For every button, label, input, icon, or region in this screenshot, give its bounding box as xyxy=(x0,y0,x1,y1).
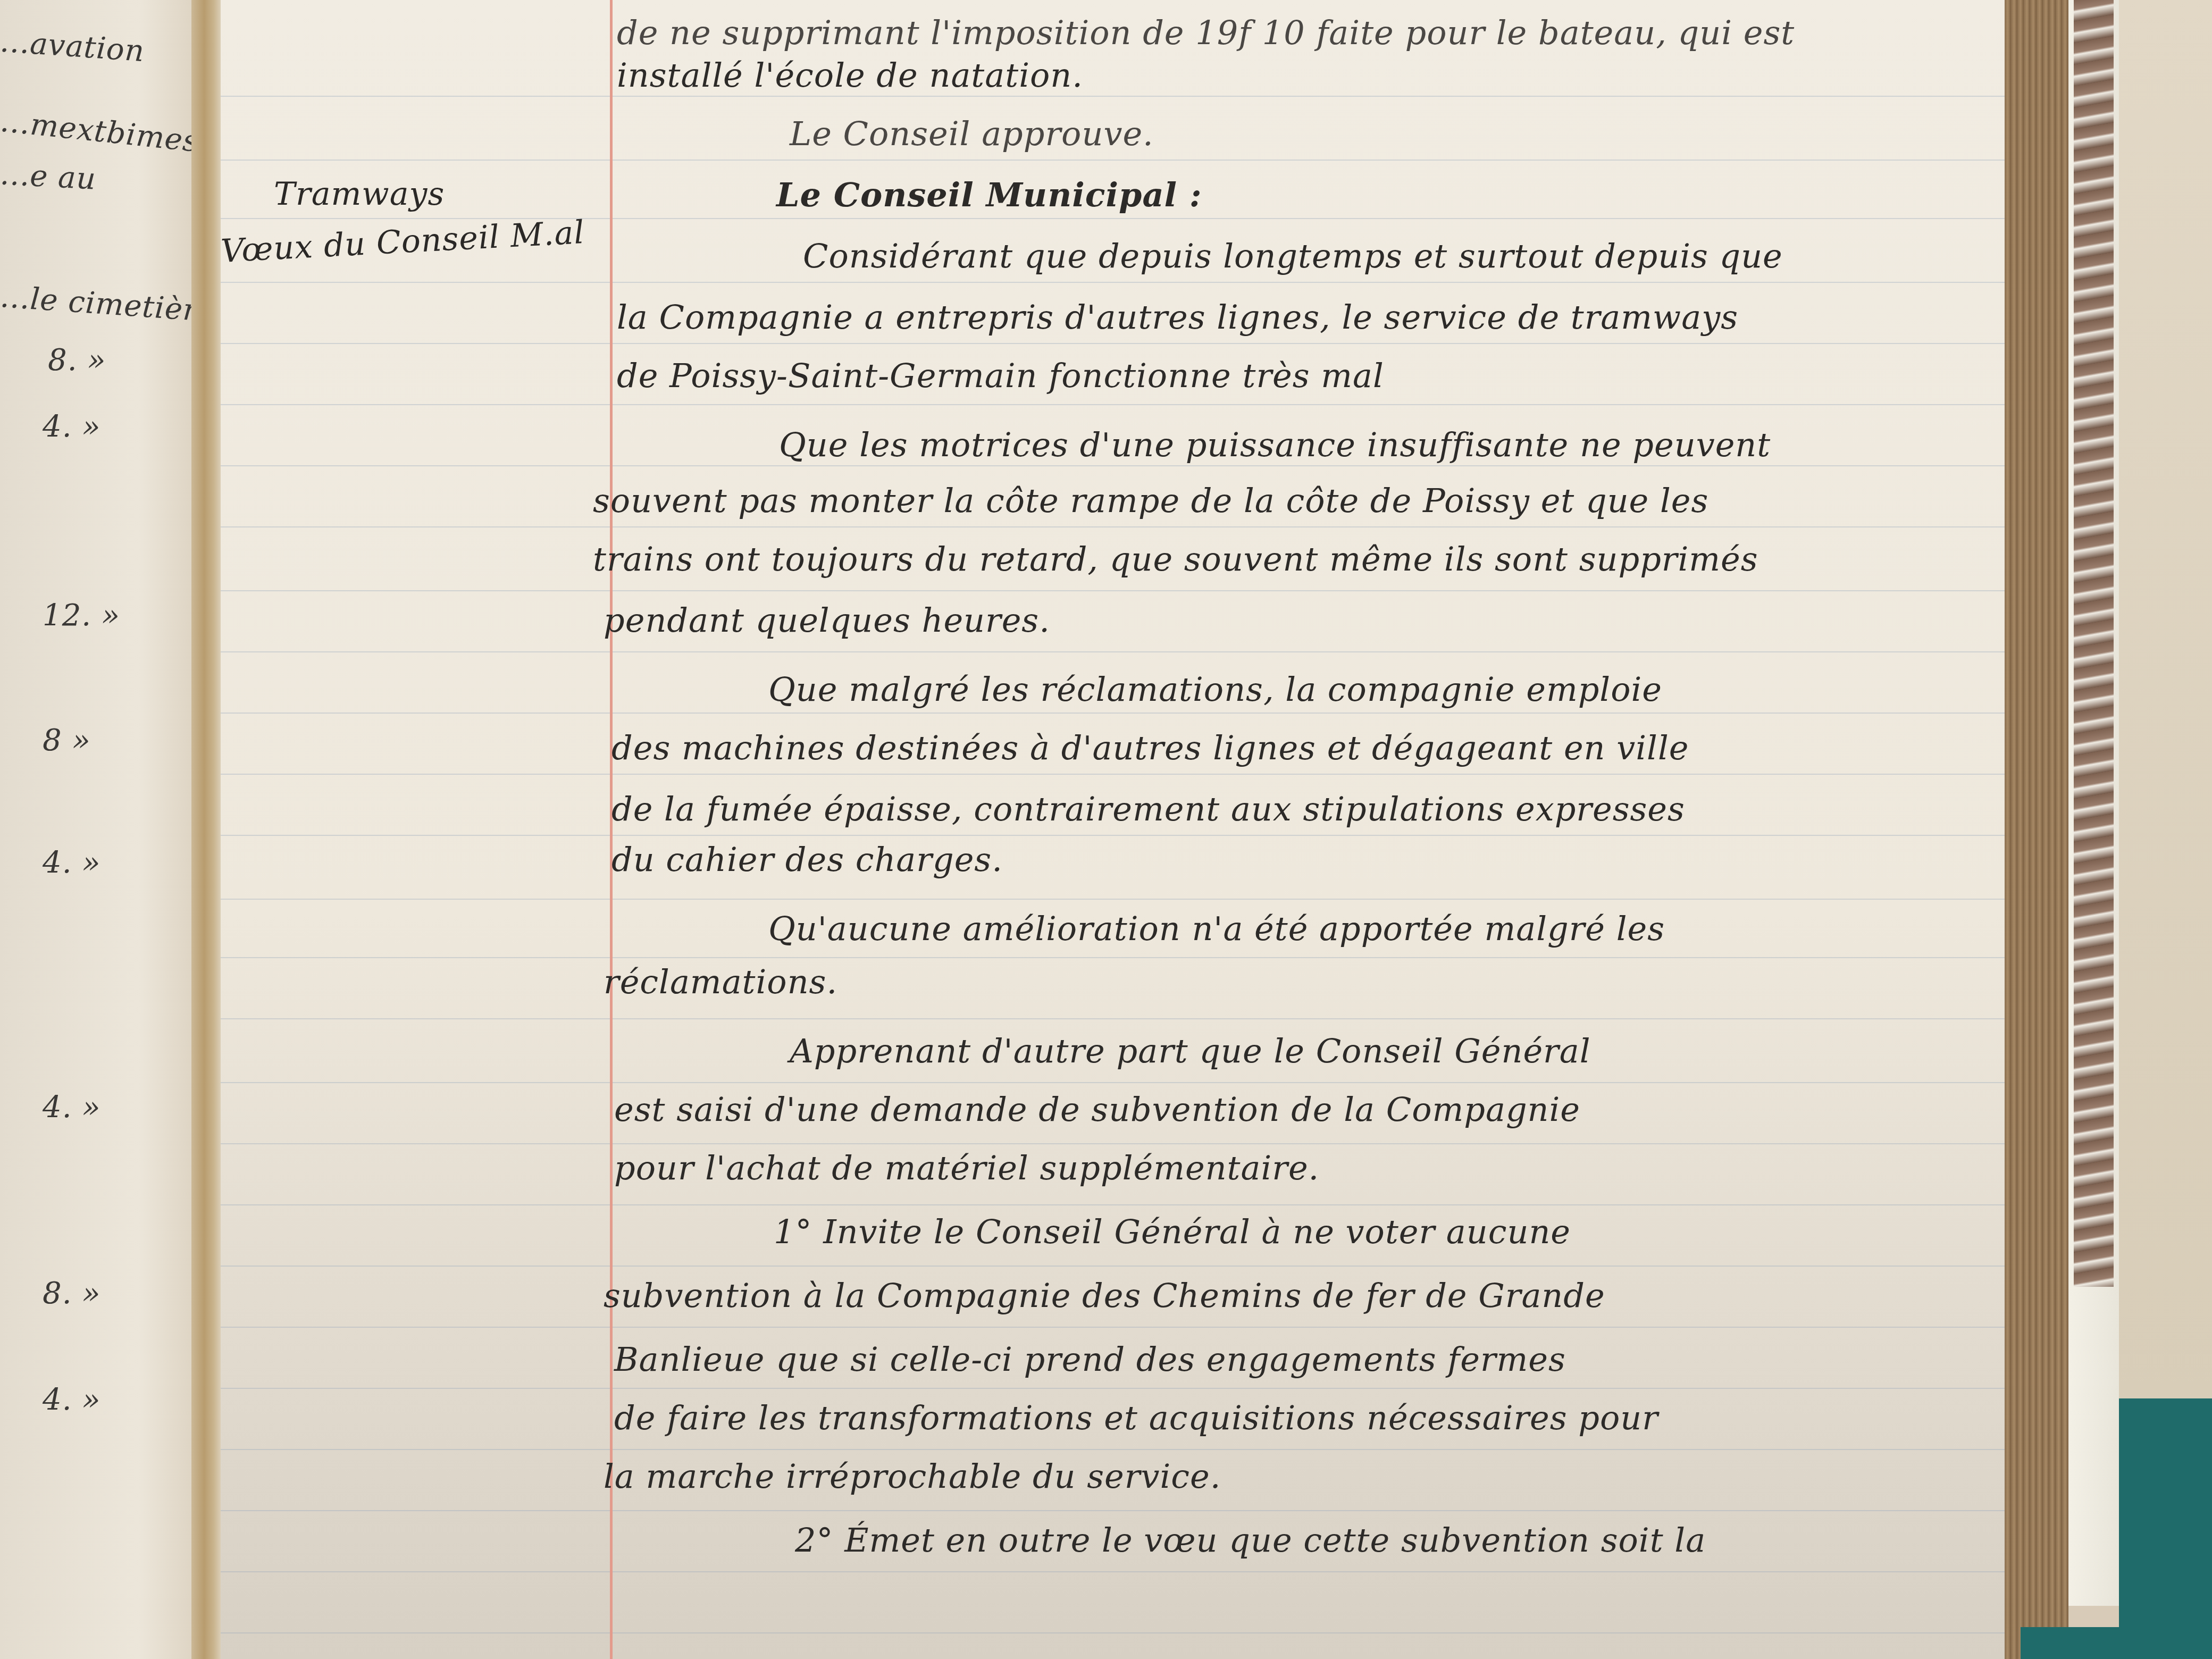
left-amount: 4. » xyxy=(43,409,101,444)
body-line: Que les motrices d'une puissance insuffi… xyxy=(779,425,1771,464)
right-page: Tramways Vœux du Conseil M.al de ne supp… xyxy=(221,0,2005,1659)
body-line: Considérant que depuis longtemps et surt… xyxy=(803,237,1783,275)
table-surface xyxy=(2119,1398,2212,1659)
margin-rule xyxy=(610,0,613,1659)
marbled-endpaper xyxy=(2074,0,2114,1287)
body-line: Banlieue que si celle-ci prend des engag… xyxy=(614,1340,1566,1379)
left-amount: 12. » xyxy=(43,598,120,633)
body-line: 2° Émet en outre le vœu que cette subven… xyxy=(795,1521,1706,1560)
left-amount: 8. » xyxy=(48,343,106,378)
margin-title: Tramways xyxy=(274,175,445,213)
book-page-edges xyxy=(2005,0,2068,1659)
left-fragment: ...e au xyxy=(0,157,97,196)
body-line: 1° Invite le Conseil Général à ne voter … xyxy=(774,1212,1571,1251)
margin-subtitle: Vœux du Conseil M.al xyxy=(220,214,585,270)
left-amount: 4. » xyxy=(43,845,101,880)
left-page: ...avation ...mextbimes ...e au ...le ci… xyxy=(0,0,198,1659)
table-surface-bottom xyxy=(2021,1627,2212,1659)
body-line: souvent pas monter la côte rampe de la c… xyxy=(593,481,1708,520)
body-line: pendant quelques heures. xyxy=(604,601,1050,640)
body-line: de ne supprimant l'imposition de 19f 10 … xyxy=(617,13,1795,52)
body-line: réclamations. xyxy=(604,962,837,1001)
body-line: Apprenant d'autre part que le Conseil Gé… xyxy=(790,1032,1591,1070)
left-amount: 4. » xyxy=(43,1090,101,1125)
body-line: de Poissy-Saint-Germain fonctionne très … xyxy=(617,356,1384,395)
left-amount: 4. » xyxy=(43,1382,101,1417)
body-line: des machines destinées à d'autres lignes… xyxy=(611,728,1689,767)
body-line: installé l'école de natation. xyxy=(617,56,1083,95)
left-amount: 8 » xyxy=(43,723,91,758)
book-gutter xyxy=(191,0,223,1659)
body-line: pour l'achat de matériel supplémentaire. xyxy=(614,1149,1319,1187)
photo-scene: ...avation ...mextbimes ...e au ...le ci… xyxy=(0,0,2212,1659)
body-line: de faire les transformations et acquisit… xyxy=(614,1398,1658,1437)
body-line: la marche irréprochable du service. xyxy=(604,1457,1221,1496)
body-line: la Compagnie a entrepris d'autres lignes… xyxy=(617,298,1738,337)
body-line: trains ont toujours du retard, que souve… xyxy=(593,540,1758,579)
body-line: Le Conseil Municipal : xyxy=(776,175,1202,214)
body-line: du cahier des charges. xyxy=(611,840,1003,879)
left-fragment: ...avation xyxy=(0,24,146,69)
body-line: subvention à la Compagnie des Chemins de… xyxy=(604,1276,1605,1315)
body-line: Le Conseil approuve. xyxy=(790,114,1154,153)
left-amount: 8. » xyxy=(43,1276,101,1311)
body-line: de la fumée épaisse, contrairement aux s… xyxy=(611,790,1685,828)
body-line: Qu'aucune amélioration n'a été apportée … xyxy=(768,909,1665,948)
background-paper xyxy=(2119,0,2212,1398)
left-fragment: ...mextbimes xyxy=(0,104,200,160)
body-line: est saisi d'une demande de subvention de… xyxy=(614,1090,1580,1129)
left-fragment: ...le cimetière xyxy=(0,280,217,329)
body-line: Que malgré les réclamations, la compagni… xyxy=(768,670,1662,709)
